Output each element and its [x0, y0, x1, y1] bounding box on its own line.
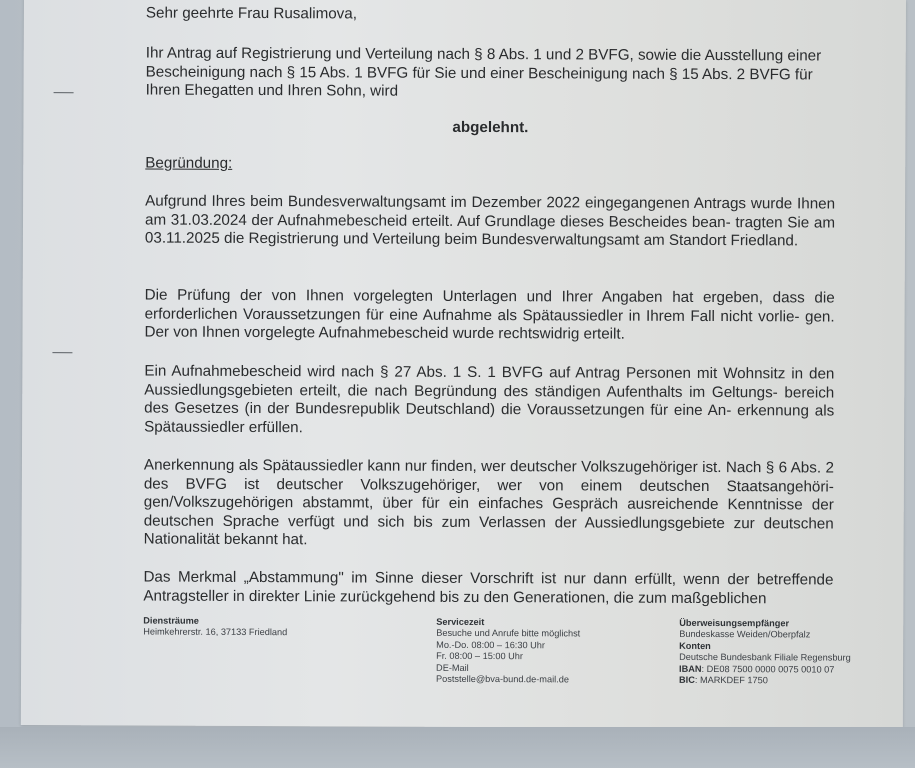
- background-surface: [0, 727, 915, 768]
- service-line: DE-Mail: [436, 662, 580, 674]
- bic-label: BIC: [679, 675, 695, 685]
- paragraph-descent-criterion: Das Merkmal „Abstammung" im Sinne dieser…: [143, 569, 833, 609]
- service-email: Poststelle@bva-bund.de-mail.de: [436, 674, 580, 686]
- reason-heading: Begründung:: [145, 155, 232, 174]
- footer-bank-details: Überweisungsempfänger Bundeskasse Weiden…: [679, 618, 851, 687]
- paragraph-application-history: Aufgrund Ihres beim Bundesverwaltungsamt…: [145, 193, 835, 252]
- iban-value: : DE08 7500 0000 0075 0010 07: [702, 664, 835, 675]
- iban-label: IBAN: [679, 663, 702, 673]
- paragraph-legal-basis: Ein Aufnahmebescheid wird nach § 27 Abs.…: [144, 363, 834, 440]
- letter-page: Sehr geehrte Frau Rusalimova, Ihr Antrag…: [21, 0, 906, 729]
- decision-text: abgelehnt.: [145, 118, 835, 140]
- footer-service-hours: Servicezeit Besuche und Anrufe bitte mög…: [436, 617, 580, 686]
- service-line: Mo.-Do. 08:00 – 16:30 Uhr: [436, 640, 580, 652]
- recipient-label: Überweisungsempfänger: [679, 618, 851, 630]
- offices-address: Heimkehrerstr. 16, 37133 Friedland: [143, 627, 287, 639]
- paragraph-review-result: Die Prüfung der von Ihnen vorgelegten Un…: [144, 287, 834, 346]
- service-label: Servicezeit: [436, 617, 580, 629]
- recipient-name: Bundeskasse Weiden/Oberpfalz: [679, 629, 851, 641]
- bic-value: : MARKDEF 1750: [695, 675, 768, 685]
- salutation: Sehr geehrte Frau Rusalimova,: [146, 5, 357, 25]
- fold-mark: [54, 92, 74, 93]
- punch-mark: [52, 352, 72, 353]
- intro-paragraph: Ihr Antrag auf Registrierung und Verteil…: [146, 45, 836, 104]
- iban-line: IBAN: DE08 7500 0000 0075 0010 07: [679, 663, 851, 675]
- service-line: Fr. 08:00 – 15:00 Uhr: [436, 651, 580, 663]
- offices-label: Diensträume: [143, 616, 287, 628]
- bic-line: BIC: MARKDEF 1750: [679, 675, 851, 687]
- footer-offices: Diensträume Heimkehrerstr. 16, 37133 Fri…: [143, 616, 287, 639]
- letter-footer: Diensträume Heimkehrerstr. 16, 37133 Fri…: [21, 615, 903, 619]
- paragraph-ethnic-german-definition: Anerkennung als Spätaussiedler kann nur …: [144, 457, 834, 553]
- bank-name: Deutsche Bundesbank Filiale Regensburg: [679, 652, 851, 664]
- service-line: Besuche und Anrufe bitte möglichst: [436, 628, 580, 640]
- accounts-label: Konten: [679, 641, 851, 653]
